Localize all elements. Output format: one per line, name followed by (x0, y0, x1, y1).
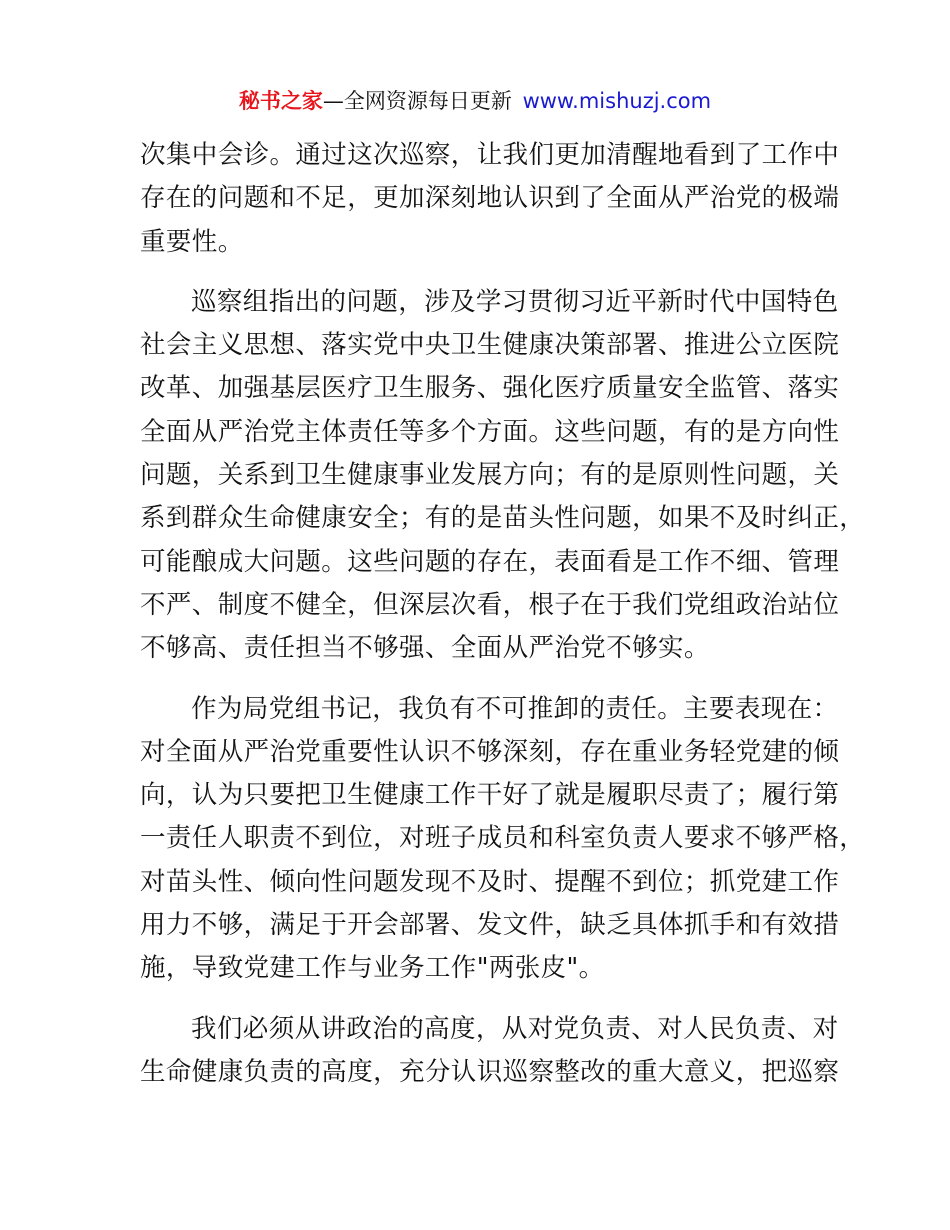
site-url-link[interactable]: www.mishuzj.com (523, 89, 712, 113)
text-line: 可能酿成大问题。这些问题的存在，表面看是工作不细、管理 (140, 541, 820, 584)
page-header: 秘书之家—全网资源每日更新 www.mishuzj.com (0, 86, 950, 116)
text-line: 不够高、责任担当不够强、全面从严治党不够实。 (140, 627, 820, 670)
text-line: 存在的问题和不足，更加深刻地认识到了全面从严治党的极端 (140, 177, 820, 220)
paragraph-1: 次集中会诊。通过这次巡察，让我们更加清醒地看到了工作中 存在的问题和不足，更加深… (140, 134, 820, 264)
text-line: 巡察组指出的问题，涉及学习贯彻习近平新时代中国特色 (140, 281, 820, 324)
text-line: 用力不够，满足于开会部署、发文件，缺乏具体抓手和有效措 (140, 904, 820, 947)
text-line: 我们必须从讲政治的高度，从对党负责、对人民负责、对 (140, 1008, 820, 1051)
text-line: 生命健康负责的高度，充分认识巡察整改的重大意义，把巡察 (140, 1051, 820, 1094)
text-line: 系到群众生命健康安全；有的是苗头性问题，如果不及时纠正， (140, 497, 820, 540)
site-brand: 秘书之家 (239, 89, 323, 113)
text-line: 改革、加强基层医疗卫生服务、强化医疗质量安全监管、落实 (140, 367, 820, 410)
text-line: 作为局党组书记，我负有不可推卸的责任。主要表现在： (140, 688, 820, 731)
text-line: 对全面从严治党重要性认识不够深刻，存在重业务轻党建的倾 (140, 731, 820, 774)
paragraph-4: 我们必须从讲政治的高度，从对党负责、对人民负责、对 生命健康负责的高度，充分认识… (140, 1008, 820, 1095)
text-line: 施，导致党建工作与业务工作"两张皮"。 (140, 947, 820, 990)
paragraph-3: 作为局党组书记，我负有不可推卸的责任。主要表现在： 对全面从严治党重要性认识不够… (140, 688, 820, 991)
text-line: 社会主义思想、落实党中央卫生健康决策部署、推进公立医院 (140, 324, 820, 367)
text-line: 一责任人职责不到位，对班子成员和科室负责人要求不够严格， (140, 817, 820, 860)
text-line: 不严、制度不健全，但深层次看，根子在于我们党组政治站位 (140, 584, 820, 627)
paragraph-2: 巡察组指出的问题，涉及学习贯彻习近平新时代中国特色 社会主义思想、落实党中央卫生… (140, 281, 820, 671)
text-line: 问题，关系到卫生健康事业发展方向；有的是原则性问题，关 (140, 454, 820, 497)
text-line: 重要性。 (140, 221, 820, 264)
text-line: 对苗头性、倾向性问题发现不及时、提醒不到位；抓党建工作 (140, 861, 820, 904)
site-tagline: —全网资源每日更新 (323, 89, 512, 113)
document-body: 次集中会诊。通过这次巡察，让我们更加清醒地看到了工作中 存在的问题和不足，更加深… (140, 134, 820, 1111)
text-line: 向，认为只要把卫生健康工作干好了就是履职尽责了；履行第 (140, 774, 820, 817)
text-line: 次集中会诊。通过这次巡察，让我们更加清醒地看到了工作中 (140, 134, 820, 177)
text-line: 全面从严治党主体责任等多个方面。这些问题，有的是方向性 (140, 411, 820, 454)
